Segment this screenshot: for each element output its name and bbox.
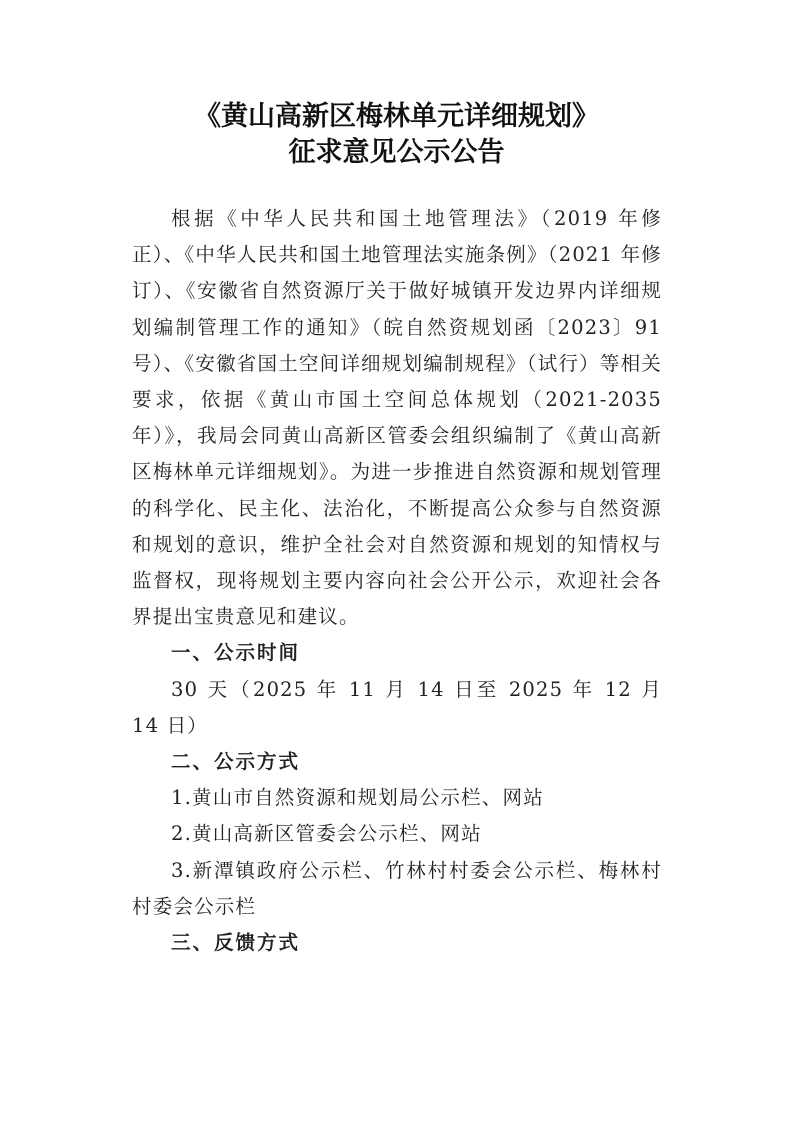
document-page: 《黄山高新区梅林单元详细规划》 征求意见公示公告 根据《中华人民共和国土地管理法… <box>0 0 793 1122</box>
method-item-3: 3.新潭镇政府公示栏、竹林村村委会公示栏、梅林村村委会公示栏 <box>132 853 662 925</box>
document-body: 根据《中华人民共和国土地管理法》（2019 年修正）、《中华人民共和国土地管理法… <box>132 201 662 961</box>
document-title-line-1: 《黄山高新区梅林单元详细规划》 <box>0 94 793 133</box>
method-item-1: 1.黄山市自然资源和规划局公示栏、网站 <box>132 780 662 816</box>
document-title-line-2: 征求意见公示公告 <box>0 130 793 169</box>
publicity-period: 30 天（2025 年 11 月 14 日至 2025 年 12 月 14 日） <box>132 672 662 744</box>
intro-paragraph: 根据《中华人民共和国土地管理法》（2019 年修正）、《中华人民共和国土地管理法… <box>132 201 662 635</box>
method-item-2: 2.黄山高新区管委会公示栏、网站 <box>132 816 662 852</box>
section-heading-method: 二、公示方式 <box>132 744 662 780</box>
section-heading-time: 一、公示时间 <box>132 635 662 671</box>
section-heading-feedback: 三、反馈方式 <box>132 925 662 961</box>
